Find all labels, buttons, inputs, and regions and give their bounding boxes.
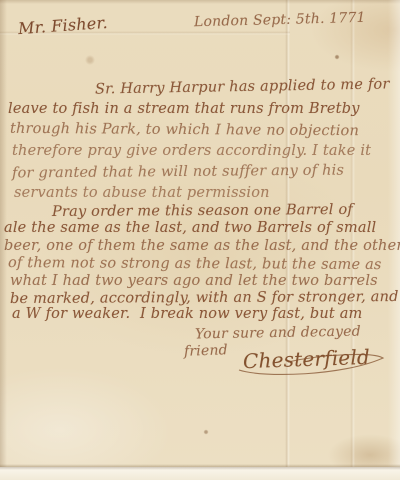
closing-line: friend: [184, 343, 228, 359]
handwritten-line: of them not so strong as the last, but t…: [8, 256, 382, 272]
paper-bottom-edge: [0, 464, 400, 480]
handwritten-line: leave to fish in a stream that runs from…: [8, 102, 360, 117]
closing-line: Your sure and decayed: [195, 325, 361, 342]
paper-edge-shadow: [0, 0, 400, 4]
handwritten-line: for granted that he will not suffer any …: [12, 164, 344, 181]
paper-edge-highlight: [388, 0, 400, 467]
handwritten-line: be marked, accordingly, with an S for st…: [10, 290, 399, 307]
letter-photo: Mr. Fisher. London Sept: 5th. 1771 Sr. H…: [0, 0, 400, 480]
dateline: London Sept: 5th. 1771: [194, 11, 366, 29]
handwritten-line: therefore pray give orders accordingly. …: [12, 144, 371, 159]
handwritten-line: Pray order me this season one Barrel of: [52, 203, 353, 220]
handwritten-line: through his Park, to which I have no obj…: [10, 122, 359, 139]
handwritten-line: Sr. Harry Harpur has applied to me for: [95, 77, 390, 97]
handwritten-line: what I had two years ago and let the two…: [10, 274, 378, 289]
handwritten-line: servants to abuse that permission: [14, 186, 270, 201]
handwritten-line: beer, one of them the same as the last, …: [4, 239, 400, 254]
signature: Chesterfield: [243, 347, 371, 371]
handwritten-line: ale the same as the last, and two Barrel…: [4, 221, 376, 236]
letter-paper: Mr. Fisher. London Sept: 5th. 1771 Sr. H…: [0, 0, 400, 467]
handwritten-line: a W for weaker. I break now very fast, b…: [12, 307, 363, 322]
